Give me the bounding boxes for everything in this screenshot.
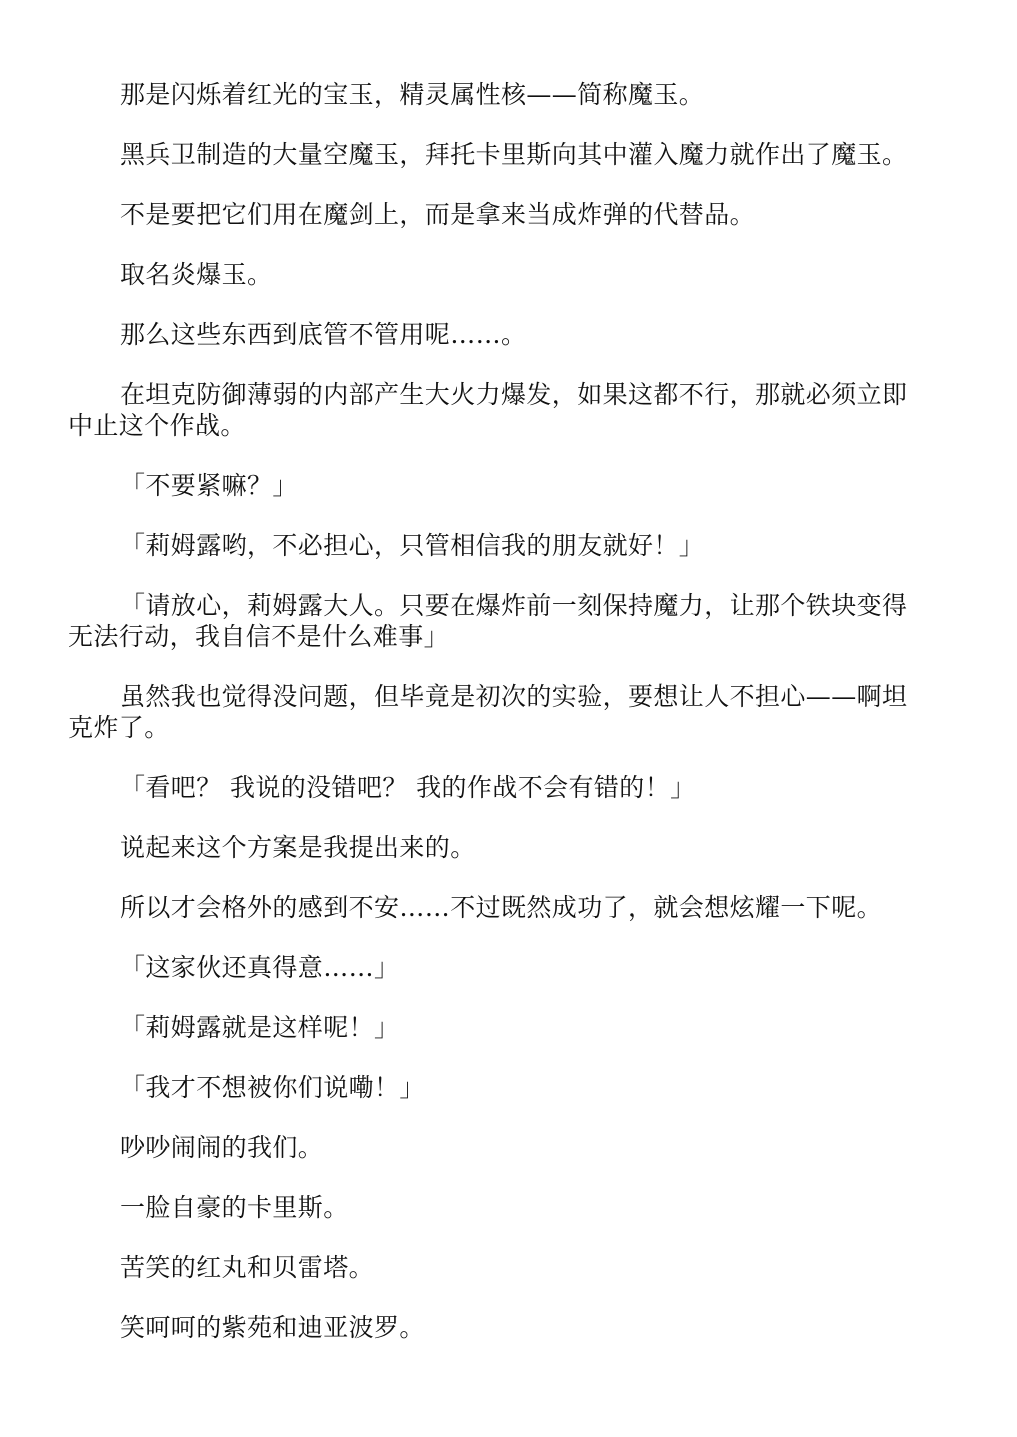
dialogue-line: 「莉姆露就是这样呢！」 bbox=[68, 1012, 930, 1043]
paragraph: 黑兵卫制造的大量空魔玉，拜托卡里斯向其中灌入魔力就作出了魔玉。 bbox=[68, 139, 930, 170]
paragraph: 所以才会格外的感到不安……不过既然成功了，就会想炫耀一下呢。 bbox=[68, 892, 930, 923]
dialogue-line: 「不要紧嘛？」 bbox=[68, 470, 930, 501]
paragraph: 那是闪烁着红光的宝玉，精灵属性核——简称魔玉。 bbox=[68, 79, 930, 110]
paragraph: 说起来这个方案是我提出来的。 bbox=[68, 832, 930, 863]
dialogue-line: 「莉姆露哟，不必担心，只管相信我的朋友就好！」 bbox=[68, 530, 930, 561]
dialogue-line: 「我才不想被你们说嘞！」 bbox=[68, 1072, 930, 1103]
paragraph: 笑呵呵的紫苑和迪亚波罗。 bbox=[68, 1312, 930, 1343]
paragraph: 吵吵闹闹的我们。 bbox=[68, 1132, 930, 1163]
paragraph: 虽然我也觉得没问题，但毕竟是初次的实验，要想让人不担心——啊坦克炸了。 bbox=[68, 681, 930, 743]
paragraph: 一脸自豪的卡里斯。 bbox=[68, 1192, 930, 1223]
dialogue-line: 「请放心，莉姆露大人。只要在爆炸前一刻保持魔力，让那个铁块变得无法行动，我自信不… bbox=[68, 590, 930, 652]
dialogue-line: 「看吧？ 我说的没错吧？ 我的作战不会有错的！」 bbox=[68, 772, 930, 803]
paragraph: 那么这些东西到底管不管用呢……。 bbox=[68, 319, 930, 350]
document-page: 那是闪烁着红光的宝玉，精灵属性核——简称魔玉。 黑兵卫制造的大量空魔玉，拜托卡里… bbox=[68, 79, 930, 1372]
paragraph: 取名炎爆玉。 bbox=[68, 259, 930, 290]
paragraph: 苦笑的红丸和贝雷塔。 bbox=[68, 1252, 930, 1283]
dialogue-line: 「这家伙还真得意……」 bbox=[68, 952, 930, 983]
paragraph: 不是要把它们用在魔剑上，而是拿来当成炸弹的代替品。 bbox=[68, 199, 930, 230]
paragraph: 在坦克防御薄弱的内部产生大火力爆发，如果这都不行，那就必须立即中止这个作战。 bbox=[68, 379, 930, 441]
